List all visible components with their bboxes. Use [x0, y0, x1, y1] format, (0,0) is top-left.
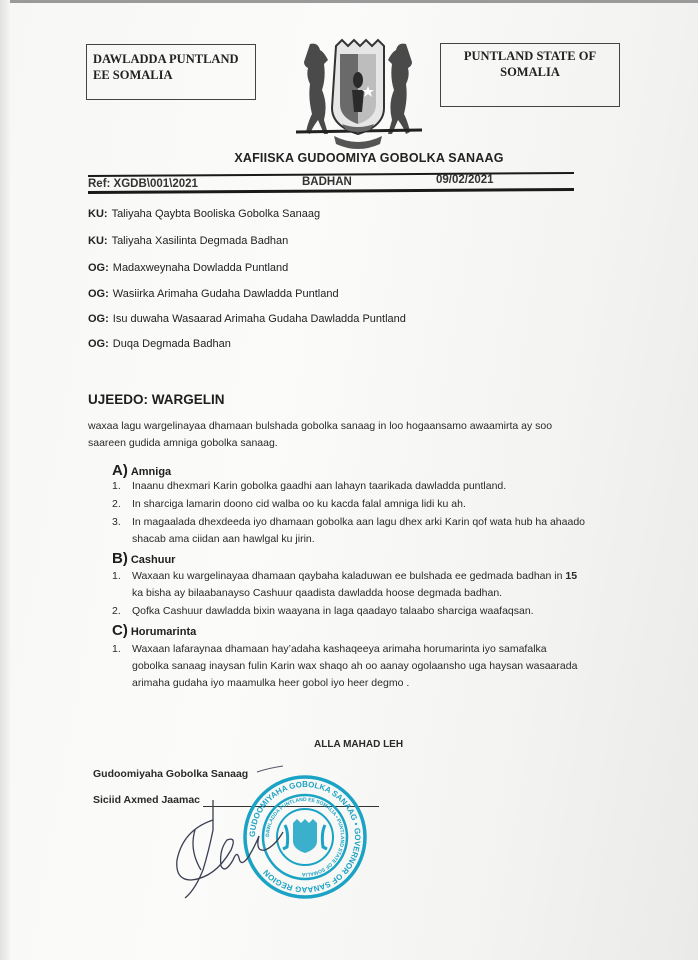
- section-letter: C): [112, 622, 128, 639]
- list-item-number: 1.: [112, 568, 121, 585]
- addressee-text: Duqa Degmada Badhan: [113, 338, 231, 350]
- emphasized-day: 15: [565, 570, 577, 582]
- list-item-text: gobolka sanaag inaysan fulin Karin wax s…: [132, 658, 602, 675]
- list-item-text: Waxaan ku wargelinayaa dhamaan qaybaha k…: [132, 568, 602, 585]
- reference-date: 09/02/2021: [436, 174, 494, 186]
- list-item-text: In sharciga lamarin doono cid walba oo k…: [132, 496, 602, 513]
- addressee-line: OG:Isu duwaha Wasaarad Arimaha Gudaha Da…: [88, 313, 406, 325]
- page-top-edge: [0, 0, 698, 3]
- addressee-text: Isu duwaha Wasaarad Arimaha Gudaha Dawla…: [113, 313, 406, 325]
- list-item-text: Inaanu dhexmari Karin gobolka gaadhi aan…: [132, 478, 602, 495]
- section-letter: A): [112, 462, 128, 479]
- addressee-prefix: KU:: [88, 208, 108, 220]
- list-item: 1.Waxaan lafaraynaa dhamaan hay’adaha ka…: [112, 641, 602, 692]
- list-item-text: arimaha gudaha iyo maamulka heer gobol i…: [132, 675, 602, 692]
- addressee-text: Madaxweynaha Dowladda Puntland: [113, 262, 289, 274]
- intro-line: saareen gudida amniga gobolka sanaag.: [88, 435, 608, 452]
- list-item-number: 3.: [112, 514, 121, 531]
- handwritten-signature: [165, 800, 285, 900]
- signature-tail-stroke: [255, 764, 285, 774]
- reference-number: Ref: XGDB\001\2021: [88, 178, 198, 190]
- list-item: 1.Inaanu dhexmari Karin gobolka gaadhi a…: [112, 478, 602, 495]
- addressee-line: KU:Taliyaha Qaybta Booliska Gobolka Sana…: [88, 208, 320, 220]
- list-item-text: shacab ama ciidan aan hawlgal ku jirin.: [132, 531, 602, 548]
- section-name: Horumarinta: [131, 626, 196, 638]
- addressee-text: Taliyaha Qaybta Booliska Gobolka Sanaag: [112, 208, 321, 220]
- list-item: 1.Waxaan ku wargelinayaa dhamaan qaybaha…: [112, 568, 602, 602]
- section-letter: B): [112, 550, 128, 567]
- letterhead-right-line-1: PUNTLAND STATE OF: [441, 48, 619, 64]
- closing-phrase: ALLA MAHAD LEH: [314, 739, 403, 750]
- intro-line: waxaa lagu wargelinayaa dhamaan bulshada…: [88, 418, 608, 435]
- addressee-prefix: OG:: [88, 262, 109, 274]
- addressee-line: OG:Duqa Degmada Badhan: [88, 338, 231, 350]
- addressee-line: OG:Wasiirka Arimaha Gudaha Dawladda Punt…: [88, 288, 339, 300]
- letterhead-left-box: DAWLADDA PUNTLAND EE SOMALIA: [86, 44, 256, 100]
- list-item-number: 1.: [112, 478, 121, 495]
- list-item-text: Qofka Cashuur dawladda bixin waayana in …: [132, 603, 602, 620]
- office-title: XAFIISKA GUDOOMIYA GOBOLKA SANAAG: [0, 151, 698, 165]
- section-heading: C)Horumarinta: [112, 622, 196, 640]
- addressee-prefix: OG:: [88, 288, 109, 300]
- letterhead-right-line-2: SOMALIA: [441, 64, 619, 80]
- section-name: Cashuur: [131, 554, 176, 566]
- list-item-text: ka bisha ay bilaabanayso Cashuur qaadist…: [132, 585, 602, 602]
- letterhead-left-line-2: EE SOMALIA: [93, 67, 255, 83]
- addressee-prefix: OG:: [88, 338, 109, 350]
- list-item: 3.In magaalada dhexdeeda iyo dhamaan gob…: [112, 514, 602, 548]
- section-name: Amniga: [131, 466, 171, 478]
- list-item: 2.Qofka Cashuur dawladda bixin waayana i…: [112, 603, 602, 620]
- reference-place: BADHAN: [302, 176, 352, 188]
- letterhead-left-line-1: DAWLADDA PUNTLAND: [93, 51, 255, 67]
- addressee-prefix: KU:: [88, 235, 108, 247]
- subject-heading: UJEEDO: WARGELIN: [88, 392, 225, 407]
- puntland-coat-of-arms-icon: [288, 36, 428, 154]
- signatory-title: Gudoomiyaha Gobolka Sanaag: [93, 768, 248, 780]
- list-item-number: 1.: [112, 641, 121, 658]
- addressee-prefix: OG:: [88, 313, 109, 325]
- section-heading: B)Cashuur: [112, 550, 175, 568]
- letter-page: DAWLADDA PUNTLAND EE SOMALIA PUNTLAND ST…: [0, 0, 698, 960]
- addressee-text: Wasiirka Arimaha Gudaha Dawladda Puntlan…: [113, 288, 339, 300]
- addressee-line: KU:Taliyaha Xasilinta Degmada Badhan: [88, 235, 288, 247]
- list-item-number: 2.: [112, 603, 121, 620]
- intro-paragraph: waxaa lagu wargelinayaa dhamaan bulshada…: [88, 418, 608, 452]
- list-item-text: In magaalada dhexdeeda iyo dhamaan gobol…: [132, 514, 602, 531]
- list-item-number: 2.: [112, 496, 121, 513]
- addressee-line: OG:Madaxweynaha Dowladda Puntland: [88, 262, 288, 274]
- letterhead-right-box: PUNTLAND STATE OF SOMALIA: [440, 43, 620, 107]
- addressee-text: Taliyaha Xasilinta Degmada Badhan: [112, 235, 289, 247]
- page-left-shade: [0, 0, 10, 960]
- list-item: 2. In sharciga lamarin doono cid walba o…: [112, 496, 602, 513]
- list-item-text: Waxaan lafaraynaa dhamaan hay’adaha kash…: [132, 641, 602, 658]
